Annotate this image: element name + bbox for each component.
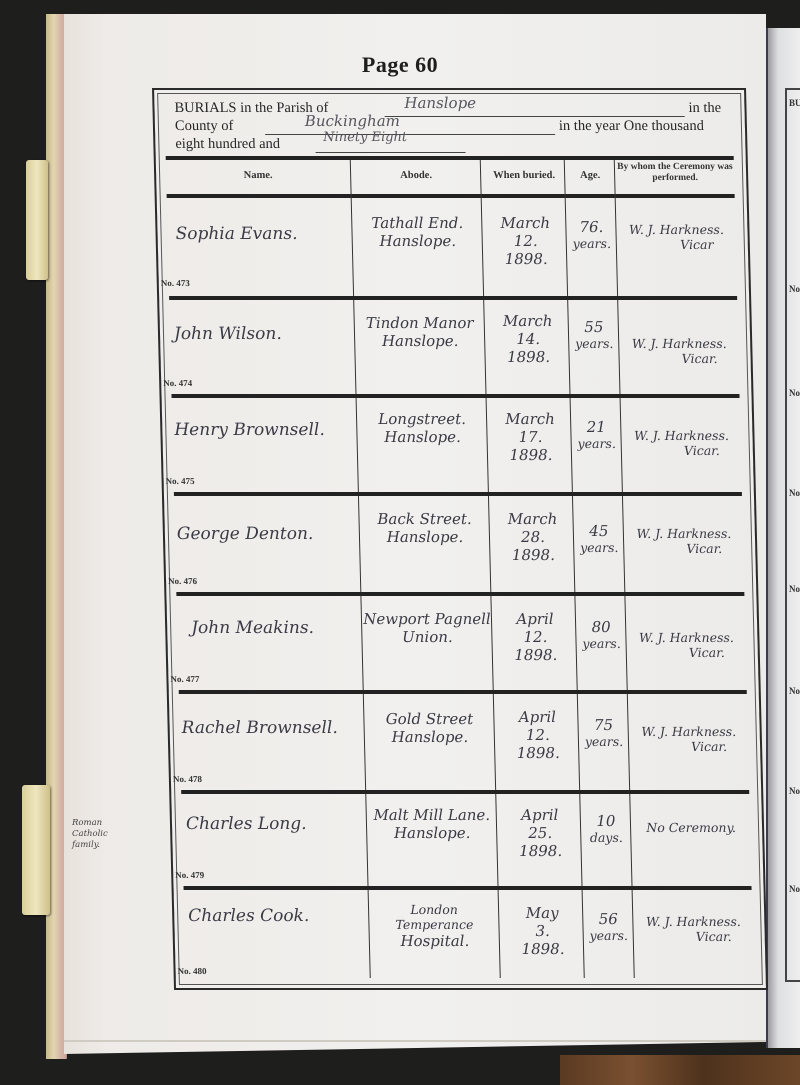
entry-age-unit: years.	[570, 336, 618, 351]
entry-officiant-title: Vicar.	[628, 645, 746, 660]
entry-buried-day: 25.	[498, 824, 582, 842]
entry-number: No. 476	[168, 576, 197, 586]
entry-age-value: 76.	[567, 218, 615, 236]
entry-age-unit: years.	[568, 236, 616, 251]
year-blank	[316, 152, 466, 153]
header-rule-top	[166, 156, 734, 160]
entry-buried-day: 28.	[491, 528, 575, 546]
page-number: Page 60	[0, 52, 800, 78]
entry-buried-year: 1898.	[489, 446, 573, 464]
entry-abode-line1: Gold Street	[365, 710, 493, 728]
entry-abode-line2: Hanslope.	[354, 232, 482, 250]
register-entry-475: Henry Brownsell. Longstreet.Hanslope. Ma…	[162, 398, 754, 492]
entry-name: Henry Brownsell.	[174, 420, 325, 440]
entry-buried-month: March	[488, 410, 572, 428]
heading-parish-suffix: in the	[688, 100, 721, 117]
entry-age-unit: years.	[575, 540, 623, 555]
county-blank	[265, 134, 555, 135]
entry-officiant: W. J. Harkness.	[630, 724, 748, 739]
entry-age-value: 45	[575, 522, 623, 540]
year-value: Ninety Eight	[323, 130, 407, 145]
entry-abode-line2: Hanslope.	[358, 428, 486, 446]
facing-page-regno: No.	[789, 884, 800, 894]
entry-age-unit: years.	[585, 928, 633, 943]
entry-buried-month: May	[500, 904, 584, 922]
facing-page-regno: No.	[789, 786, 800, 796]
entry-buried-year: 1898.	[496, 744, 580, 762]
entry-abode-line2: Union.	[363, 628, 491, 646]
entry-officiant: W. J. Harkness.	[620, 336, 738, 351]
column-header-age: Age.	[566, 170, 614, 182]
facing-page-regno: No.	[789, 488, 800, 498]
entry-name: Charles Cook.	[188, 906, 310, 926]
entry-buried-month: April	[493, 610, 577, 628]
entry-buried-month: April	[498, 806, 582, 824]
entry-age-unit: days.	[582, 830, 630, 845]
entry-buried-day: 12.	[493, 628, 577, 646]
entry-buried-year: 1898.	[498, 842, 582, 860]
entry-age-unit: years.	[580, 734, 628, 749]
entry-abode-line1: Longstreet.	[358, 410, 486, 428]
column-header-name: Name.	[166, 170, 350, 182]
entry-officiant-title: Vicar.	[623, 443, 741, 458]
entry-number: No. 477	[170, 674, 199, 684]
entry-age-value: 55	[570, 318, 618, 336]
entry-name: Rachel Brownsell.	[181, 718, 338, 738]
entry-officiant: W. J. Harkness.	[627, 630, 745, 645]
entry-age-value: 56	[584, 910, 632, 928]
register-entry-480: Charles Cook. London TemperanceHospital.…	[174, 890, 766, 984]
parish-blank	[385, 116, 685, 117]
entry-abode-line1: Tathall End.	[353, 214, 481, 232]
entry-number: No. 479	[175, 870, 204, 880]
entry-buried-month: April	[495, 708, 579, 726]
entry-number: No. 478	[173, 774, 202, 784]
register-table: BURIALS in the Parish of Hanslope in the…	[152, 88, 768, 990]
entry-buried-year: 1898.	[491, 546, 575, 564]
entry-officiant: No Ceremony.	[632, 820, 750, 835]
parish-value: Hanslope	[404, 94, 476, 112]
entry-name: John Meakins.	[191, 618, 314, 638]
facing-page-regno: No.	[789, 686, 800, 696]
register-entry-476: George Denton. Back Street.Hanslope. Mar…	[164, 496, 756, 592]
entry-buried-month: March	[490, 510, 574, 528]
entry-officiant-title: Vicar.	[620, 351, 738, 366]
entry-abode-line1: Malt Mill Lane.	[368, 806, 496, 824]
entry-number: No. 480	[177, 966, 206, 976]
heading-year-prefix: eight hundred and	[175, 136, 280, 153]
facing-page-heading: BU	[789, 98, 800, 108]
entry-abode-line2: Hospital.	[371, 932, 499, 950]
heading-county-suffix: in the year One thousand	[559, 118, 704, 135]
entry-name: Sophia Evans.	[175, 224, 297, 244]
entry-buried-day: 17.	[488, 428, 572, 446]
column-header-officiant: By whom the Ceremony was performed.	[616, 162, 735, 184]
entry-age-value: 75	[579, 716, 627, 734]
header-rule-bottom	[167, 194, 735, 198]
entry-officiant: W. J. Harkness.	[634, 914, 752, 929]
entry-name: George Denton.	[177, 524, 314, 544]
entry-abode-line1: Tindon Manor	[356, 314, 484, 332]
table-surface	[560, 1055, 800, 1085]
entry-buried-day: 3.	[500, 922, 584, 940]
register-entry-474: John Wilson. Tindon ManorHanslope. March…	[159, 300, 751, 394]
entry-buried-day: 12.	[484, 232, 568, 250]
margin-annotation: Roman Catholic family.	[72, 818, 134, 851]
entry-age-value: 21	[572, 418, 620, 436]
entry-officiant: W. J. Harkness.	[617, 222, 735, 237]
entry-name: Charles Long.	[186, 814, 307, 834]
register-entry-473: Sophia Evans. Tathall End.Hanslope. Marc…	[157, 200, 749, 296]
entry-buried-day: 14.	[486, 330, 570, 348]
entry-buried-month: March	[485, 312, 569, 330]
entry-number: No. 473	[161, 278, 190, 288]
entry-buried-year: 1898.	[486, 348, 570, 366]
entry-abode-line2: Hanslope.	[366, 728, 494, 746]
facing-page-regno: No.	[789, 388, 800, 398]
entry-age-unit: years.	[573, 436, 621, 451]
entry-age-value: 80	[577, 618, 625, 636]
entry-buried-year: 1898.	[484, 250, 568, 268]
entry-officiant-title: Vicar.	[630, 739, 748, 754]
entry-abode-line1: London Temperance	[370, 902, 499, 932]
register-entry-479: Charles Long. Malt Mill Lane.Hanslope. A…	[171, 794, 763, 886]
facing-page-regno: No.	[789, 284, 800, 294]
entry-officiant-title: Vicar	[618, 237, 736, 252]
entry-buried-day: 12.	[496, 726, 580, 744]
entry-buried-year: 1898.	[494, 646, 578, 664]
entry-abode-line2: Hanslope.	[356, 332, 484, 350]
entry-age-unit: years.	[577, 636, 625, 651]
entry-abode-line1: Newport Pagnell	[363, 610, 491, 628]
county-value: Buckingham	[305, 112, 401, 130]
binding-tape	[26, 160, 48, 280]
entry-officiant: W. J. Harkness.	[625, 526, 743, 541]
register-entry-477: John Meakins. Newport PagnellUnion. Apri…	[166, 596, 758, 690]
entry-officiant-title: Vicar.	[635, 929, 753, 944]
binding-tape	[22, 785, 50, 915]
column-header-when-buried: When buried.	[482, 170, 566, 182]
entry-officiant-title: Vicar.	[625, 541, 743, 556]
entry-officiant: W. J. Harkness.	[622, 428, 740, 443]
facing-page-frame	[785, 88, 800, 982]
entry-age-value: 10	[582, 812, 630, 830]
column-header-abode: Abode.	[352, 170, 480, 182]
entry-number: No. 475	[165, 476, 194, 486]
entry-abode-line2: Hanslope.	[368, 824, 496, 842]
entry-buried-year: 1898.	[501, 940, 585, 958]
register-entry-478: Rachel Brownsell. Gold StreetHanslope. A…	[169, 694, 761, 790]
entry-abode-line1: Back Street.	[360, 510, 488, 528]
entry-name: John Wilson.	[174, 324, 282, 344]
entry-abode-line2: Hanslope.	[361, 528, 489, 546]
entry-number: No. 474	[163, 378, 192, 388]
facing-page-regno: No.	[789, 584, 800, 594]
entry-buried-month: March	[483, 214, 567, 232]
heading-county-prefix: County of	[175, 118, 234, 135]
